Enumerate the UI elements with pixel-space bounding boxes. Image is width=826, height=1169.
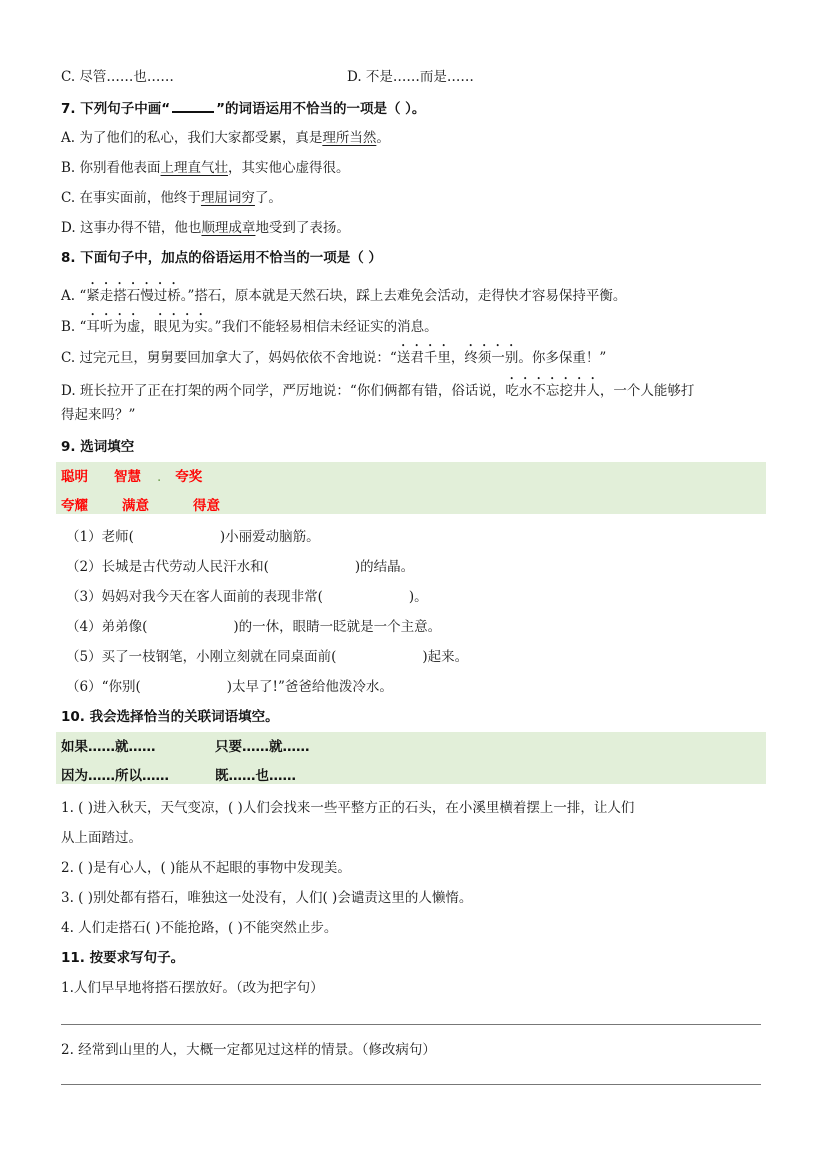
item-text: )的一休，眼睛一眨就是一个主意。: [233, 619, 441, 635]
option-label: C.: [61, 190, 79, 206]
word-option: 夸奖: [175, 469, 202, 485]
q9-item-4: （4）弟弟像()的一休，眼睛一眨就是一个主意。: [66, 617, 441, 637]
option-text: 。: [376, 130, 390, 146]
item-text: （1）老师(: [66, 529, 134, 545]
option-text: 班长拉开了正在打架的两个同学，严厉地说：“你们俩都有错，俗话说，: [80, 383, 505, 399]
item-text: )小丽爱动脑筋。: [220, 529, 320, 545]
word-bank-row-1: 如果……就……只要……就……: [61, 737, 310, 757]
q8-option-d: D. 班长拉开了正在打架的两个同学，严厉地说：“你们俩都有错，俗话说，吃水不忘挖…: [61, 375, 694, 395]
emphasized-proverb: 送君千里，终须一别: [397, 350, 519, 366]
option-text: 。”搭石，原本就是天然石块，踩上去难免会活动，走得快才容易保持平衡。: [181, 288, 627, 304]
q9-item-6: （6）“你别()太早了!”爸爸给他泼冷水。: [66, 677, 393, 697]
q7-option-c: C. 在事实面前，他终于理屈词穷了。: [61, 188, 282, 208]
emphasized-proverb: 紧走搭石慢过桥: [86, 288, 181, 304]
q9-title: 9. 选词填空: [61, 437, 134, 457]
conjunction-option: 如果……就……: [61, 737, 215, 757]
q8-option-b: B. “耳听为虚，眼见为实。”我们不能轻易相信未经证实的消息。: [61, 311, 438, 331]
underlined-word: 顺理成章: [201, 220, 255, 236]
item-text: （3）妈妈对我今天在客人面前的表现非常(: [66, 589, 323, 605]
underlined-word: 理所当然: [322, 130, 376, 146]
emphasized-proverb: 吃水不忘挖井人: [505, 383, 600, 399]
option-label: D.: [61, 383, 80, 399]
q9-item-5: （5）买了一枝钢笔，小刚立刻就在同桌面前()起来。: [66, 647, 468, 667]
option-text: 为了他们的私心，我们大家都受累，真是: [79, 130, 322, 146]
q9-item-1: （1）老师()小丽爱动脑筋。: [66, 527, 320, 547]
item-text: )太早了!”爸爸给他泼冷水。: [227, 679, 393, 695]
word-option: 智慧: [114, 469, 141, 485]
answer-line-1[interactable]: [61, 1024, 761, 1025]
q7-title: 7. 下列句子中画“”的词语运用不恰当的一项是（ ）。: [61, 98, 425, 118]
q8-option-c: C. 过完元旦，舅舅要回加拿大了，妈妈依依不舍地说：“送君千里，终须一别。你多保…: [61, 342, 606, 362]
item-text: )的结晶。: [355, 559, 414, 575]
q7-option-a: A. 为了他们的私心，我们大家都受累，真是理所当然。: [61, 128, 390, 148]
option-text: 在事实面前，他终于: [79, 190, 201, 206]
underlined-word: 理屈词穷: [201, 190, 255, 206]
word-bank-row-1: 聪明智慧.夸奖: [61, 467, 202, 487]
q6-option-c: C. 尽管……也……: [61, 67, 174, 87]
q7-option-d: D. 这事办得不错，他也顺理成章地受到了表扬。: [61, 218, 350, 238]
option-text: 了。: [255, 190, 282, 206]
q7-title-post: ”的词语运用不恰当的一项是（ ）。: [216, 101, 425, 117]
word-option: 夸耀: [61, 498, 88, 514]
option-label: A.: [61, 288, 79, 304]
word-option: 聪明: [61, 469, 88, 485]
item-text: （2）长城是古代劳动人民汗水和(: [66, 559, 269, 575]
conjunction-option: 因为……所以……: [61, 766, 215, 786]
item-text: （6）“你别(: [66, 679, 141, 695]
word-option: 得意: [193, 498, 220, 514]
item-text: )起来。: [422, 649, 468, 665]
q7-title-pre: 7. 下列句子中画“: [61, 101, 170, 117]
option-label: C.: [61, 350, 79, 366]
option-label: D.: [61, 220, 80, 236]
stray-dot: .: [157, 469, 161, 485]
word-bank-row-2: 夸耀满意得意: [61, 496, 220, 516]
option-text: ，其实他心虚得很。: [228, 160, 350, 176]
q8-option-a: A. “紧走搭石慢过桥。”搭石，原本就是天然石块，踩上去难免会活动，走得快才容易…: [61, 280, 626, 300]
option-text: 这事办得不错，他也: [80, 220, 202, 236]
conjunction-option: 既……也……: [215, 768, 296, 784]
item-text: （4）弟弟像(: [66, 619, 147, 635]
q7-option-b: B. 你别看他表面上理直气壮，其实他心虚得很。: [61, 158, 350, 178]
q11-item-2: 2. 经常到山里的人，大概一定都见过这样的情景。（修改病句）: [61, 1040, 436, 1060]
word-option: 满意: [122, 498, 149, 514]
word-bank-row-2: 因为……所以……既……也……: [61, 766, 296, 786]
q10-word-bank: 如果……就……只要……就…… 因为……所以……既……也……: [56, 732, 766, 784]
q10-title: 10. 我会选择恰当的关联词语填空。: [61, 707, 279, 727]
item-text: )。: [409, 589, 428, 605]
option-label: B.: [61, 319, 80, 335]
option-text: ，一个人能够打: [600, 383, 695, 399]
q9-item-3: （3）妈妈对我今天在客人面前的表现非常()。: [66, 587, 428, 607]
q7-underline-sample: [172, 98, 214, 113]
answer-line-2[interactable]: [61, 1084, 761, 1085]
option-text: 。”我们不能轻易相信未经证实的消息。: [208, 319, 438, 335]
emphasized-proverb: 耳听为虚，眼见为实: [86, 319, 208, 335]
option-text: 地受到了表扬。: [255, 220, 350, 236]
option-text: 。你多保重！”: [518, 350, 606, 366]
underlined-word: 上理直气壮: [161, 160, 229, 176]
q10-item-4: 4. 人们走搭石( )不能抢路，( )不能突然止步。: [61, 918, 337, 938]
q9-word-bank: 聪明智慧.夸奖 夸耀满意得意: [56, 462, 766, 514]
option-text: 过完元旦，舅舅要回加拿大了，妈妈依依不舍地说：“: [79, 350, 396, 366]
q8-title: 8. 下面句子中，加点的俗语运用不恰当的一项是（ ）: [61, 248, 382, 268]
q8-option-d-continued: 得起来吗？”: [61, 405, 135, 425]
option-label: A.: [61, 130, 79, 146]
q10-item-2: 2. ( )是有心人，( )能从不起眼的事物中发现美。: [61, 858, 351, 878]
q9-item-2: （2）长城是古代劳动人民汗水和()的结晶。: [66, 557, 414, 577]
q11-title: 11. 按要求写句子。: [61, 948, 184, 968]
q11-item-1: 1.人们早早地将搭石摆放好。（改为把字句）: [61, 978, 324, 998]
q6-option-d: D. 不是……而是……: [347, 67, 474, 87]
q10-item-1-continued: 从上面踏过。: [61, 828, 142, 848]
q10-item-3: 3. ( )别处都有搭石，唯独这一处没有，人们( )会谴责这里的人懒惰。: [61, 888, 472, 908]
item-text: （5）买了一枝钢笔，小刚立刻就在同桌面前(: [66, 649, 336, 665]
q10-item-1: 1. ( )进入秋天，天气变凉，( )人们会找来一些平整方正的石头，在小溪里横着…: [61, 798, 634, 818]
conjunction-option: 只要……就……: [215, 739, 310, 755]
option-label: B.: [61, 160, 80, 176]
option-text: 你别看他表面: [80, 160, 161, 176]
